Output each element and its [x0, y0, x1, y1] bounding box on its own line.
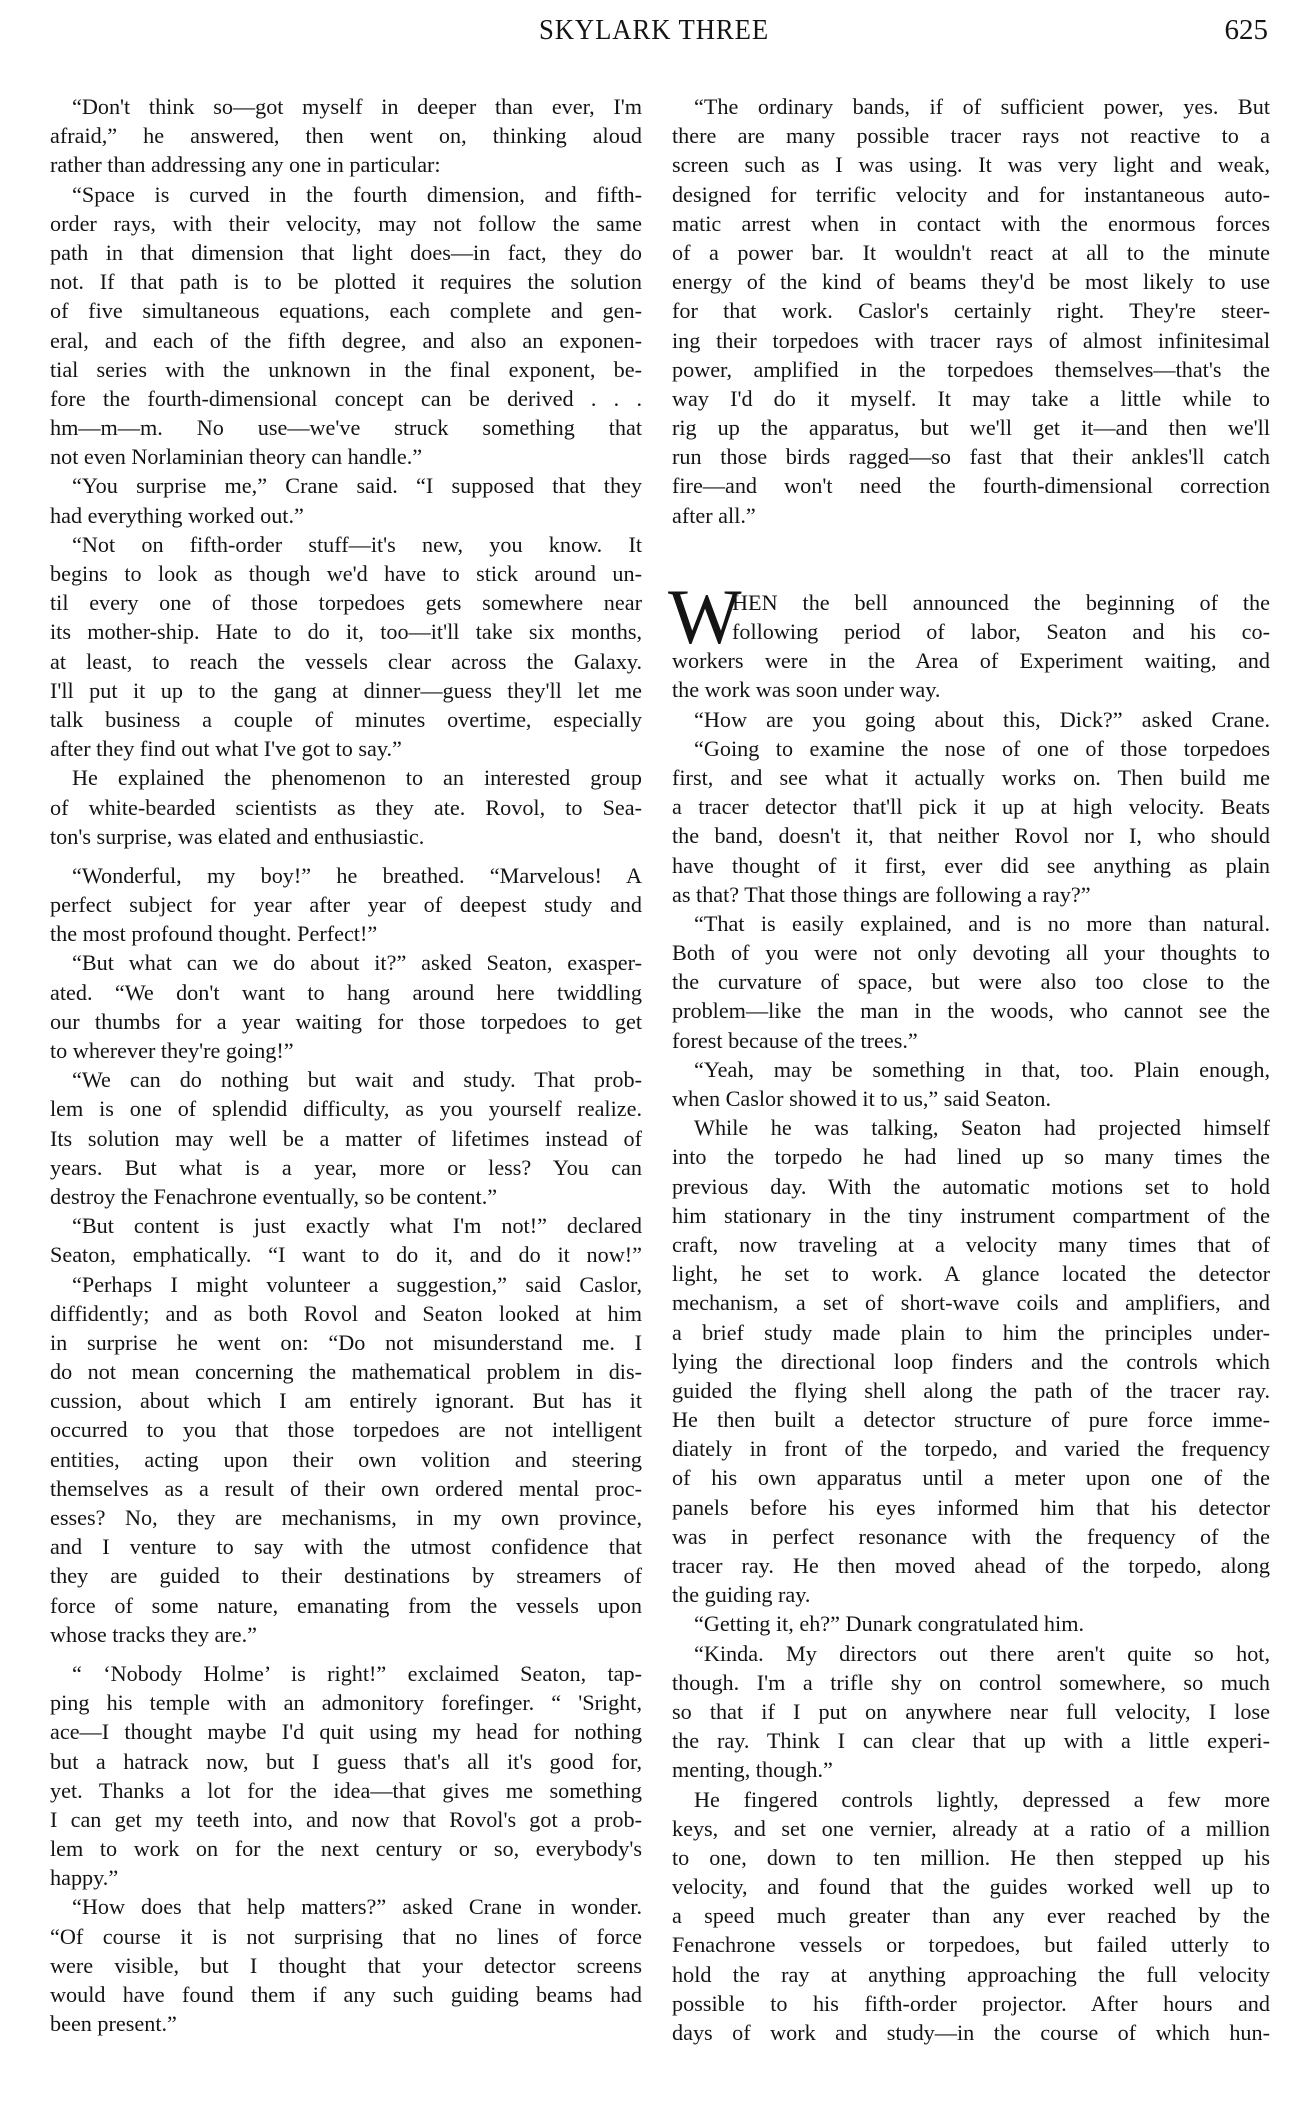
text-line: “Don't think so—got myself in deeper tha…	[50, 92, 642, 121]
text-line: diately in front of the torpedo, and var…	[672, 1434, 1270, 1463]
text-line: the most profound thought. Perfect!”	[50, 919, 642, 948]
text-line: do not mean concerning the mathematical …	[50, 1357, 642, 1386]
text-line: keys, and set one vernier, already at a …	[672, 1814, 1270, 1843]
section-break	[672, 530, 1270, 588]
text-line: whose tracks they are.”	[50, 1620, 642, 1649]
text-line: esses? No, they are mechanisms, in my ow…	[50, 1503, 642, 1532]
page-header: SKYLARK THREE 625	[0, 14, 1308, 54]
text-line: way I'd do it myself. It may take a litt…	[672, 384, 1270, 413]
text-line: to wherever they're going!”	[50, 1036, 642, 1065]
text-line: entities, acting upon their own volition…	[50, 1445, 642, 1474]
text-line: craft, now traveling at a velocity many …	[672, 1230, 1270, 1259]
text-line: lem to work on for the next century or s…	[50, 1834, 642, 1863]
text-line: Fenachrone vessels or torpedoes, but fai…	[672, 1930, 1270, 1959]
text-line: begins to look as though we'd have to st…	[50, 559, 642, 588]
text-line: til every one of those torpedoes gets so…	[50, 588, 642, 617]
text-line: mechanism, a set of short-wave coils and…	[672, 1288, 1270, 1317]
text-line: the work was soon under way.	[672, 675, 1270, 704]
text-line: order rays, with their velocity, may not…	[50, 209, 642, 238]
text-line: happy.”	[50, 1863, 642, 1892]
text-line: “Perhaps I might volunteer a suggestion,…	[50, 1270, 642, 1299]
text-line: the ray. Think I can clear that up with …	[672, 1726, 1270, 1755]
section-second-line: following period of labor, Seaton and hi…	[672, 617, 1270, 646]
text-line: velocity, and found that the guides work…	[672, 1872, 1270, 1901]
text-line: tial series with the unknown in the fina…	[50, 355, 642, 384]
text-line: would have found them if any such guidin…	[50, 1980, 642, 2009]
running-title: SKYLARK THREE	[52, 14, 1255, 47]
text-line: lem is one of splendid difficulty, as yo…	[50, 1094, 642, 1123]
text-line: “Getting it, eh?” Dunark congratulated h…	[672, 1609, 1270, 1638]
text-line: fore the fourth-dimensional concept can …	[50, 384, 642, 413]
text-line: as that? That those things are following…	[672, 880, 1270, 909]
text-line: “The ordinary bands, if of sufficient po…	[672, 92, 1270, 121]
text-line: designed for terrific velocity and for i…	[672, 180, 1270, 209]
text-line: and I venture to say with the utmost con…	[50, 1532, 642, 1561]
text-line: of five simultaneous equations, each com…	[50, 296, 642, 325]
text-line: talk business a couple of minutes overti…	[50, 705, 642, 734]
text-line: fire—and won't need the fourth-dimension…	[672, 471, 1270, 500]
text-line: hold the ray at anything approaching the…	[672, 1960, 1270, 1989]
text-line: the guiding ray.	[672, 1580, 1270, 1609]
text-line: “Of course it is not surprising that no …	[50, 1922, 642, 1951]
text-line: after all.”	[672, 501, 1270, 530]
right-column: “The ordinary bands, if of sufficient po…	[672, 92, 1270, 2047]
text-line: had everything worked out.”	[50, 501, 642, 530]
text-line: were visible, but I thought that your de…	[50, 1951, 642, 1980]
text-line: but a hatrack now, but I guess that's al…	[50, 1747, 642, 1776]
text-line: tracer ray. He then moved ahead of the t…	[672, 1551, 1270, 1580]
text-line: ton's surprise, was elated and enthusias…	[50, 822, 642, 851]
text-line: for that work. Caslor's certainly right.…	[672, 296, 1270, 325]
section-opening: W HEN the bell announced the beginning o…	[672, 588, 1270, 646]
text-line: the curvature of space, but were also to…	[672, 967, 1270, 996]
paragraph-gap	[50, 851, 642, 861]
text-line: its mother-ship. Hate to do it, too—it'l…	[50, 617, 642, 646]
text-line: was in perfect resonance with the freque…	[672, 1522, 1270, 1551]
text-line: of a power bar. It wouldn't react at all…	[672, 238, 1270, 267]
text-line: energy of the kind of beams they'd be mo…	[672, 267, 1270, 296]
text-line: in surprise he went on: “Do not misunder…	[50, 1328, 642, 1357]
text-line: rather than addressing any one in partic…	[50, 150, 642, 179]
text-line: Seaton, emphatically. “I want to do it, …	[50, 1240, 642, 1269]
text-line: I'll put it up to the gang at dinner—gue…	[50, 676, 642, 705]
text-line: I can get my teeth into, and now that Ro…	[50, 1805, 642, 1834]
text-line: a tracer detector that'll pick it up at …	[672, 792, 1270, 821]
text-line: “But content is just exactly what I'm no…	[50, 1211, 642, 1240]
text-line: yet. Thanks a lot for the idea—that give…	[50, 1776, 642, 1805]
text-line: guided the flying shell along the path o…	[672, 1376, 1270, 1405]
page-number: 625	[1225, 14, 1269, 47]
left-column: “Don't think so—got myself in deeper tha…	[50, 92, 642, 2038]
text-line: run those birds ragged—so fast that thei…	[672, 442, 1270, 471]
text-line: at least, to reach the vessels clear acr…	[50, 647, 642, 676]
text-line: hm—m—m. No use—we've struck something th…	[50, 413, 642, 442]
text-line: “You surprise me,” Crane said. “I suppos…	[50, 471, 642, 500]
text-line: a brief study made plain to him the prin…	[672, 1318, 1270, 1347]
text-line: He fingered controls lightly, depressed …	[672, 1785, 1270, 1814]
text-line: first, and see what it actually works on…	[672, 763, 1270, 792]
text-line: when Caslor showed it to us,” said Seato…	[672, 1084, 1270, 1113]
text-line: have thought of it first, ever did see a…	[672, 851, 1270, 880]
text-line: a speed much greater than any ever reach…	[672, 1901, 1270, 1930]
text-line: to one, down to ten million. He then ste…	[672, 1843, 1270, 1872]
text-line: cussion, about which I am entirely ignor…	[50, 1386, 642, 1415]
text-line: not. If that path is to be plotted it re…	[50, 267, 642, 296]
text-line: they are guided to their destinations by…	[50, 1561, 642, 1590]
text-line: rig up the apparatus, but we'll get it—a…	[672, 413, 1270, 442]
text-line: days of work and study—in the course of …	[672, 2018, 1270, 2047]
text-line: not even Norlaminian theory can handle.”	[50, 442, 642, 471]
text-line: “We can do nothing but wait and study. T…	[50, 1065, 642, 1094]
text-line: into the torpedo he had lined up so many…	[672, 1142, 1270, 1171]
text-line: the band, doesn't it, that neither Rovol…	[672, 821, 1270, 850]
text-line: perfect subject for year after year of d…	[50, 890, 642, 919]
text-line: matic arrest when in contact with the en…	[672, 209, 1270, 238]
text-line: “Kinda. My directors out there aren't qu…	[672, 1639, 1270, 1668]
text-line: though. I'm a trifle shy on control some…	[672, 1668, 1270, 1697]
text-line: destroy the Fenachrone eventually, so be…	[50, 1182, 642, 1211]
text-line: of white-bearded scientists as they ate.…	[50, 793, 642, 822]
text-line: forest because of the trees.”	[672, 1026, 1270, 1055]
right-column-before-break: “The ordinary bands, if of sufficient po…	[672, 92, 1270, 530]
text-line: him stationary in the tiny instrument co…	[672, 1201, 1270, 1230]
text-line: screen such as I was using. It was very …	[672, 150, 1270, 179]
text-line: “That is easily explained, and is no mor…	[672, 909, 1270, 938]
text-line: themselves as a result of their own orde…	[50, 1474, 642, 1503]
text-line: after they find out what I've got to say…	[50, 734, 642, 763]
text-line: light, he set to work. A glance located …	[672, 1259, 1270, 1288]
text-line: “Space is curved in the fourth dimension…	[50, 180, 642, 209]
text-line: eral, and each of the fifth degree, and …	[50, 326, 642, 355]
text-line: problem—like the man in the woods, who c…	[672, 996, 1270, 1025]
text-line: so that if I put on anywhere near full v…	[672, 1697, 1270, 1726]
right-column-after-break: workers were in the Area of Experiment w…	[672, 646, 1270, 2047]
text-line: “But what can we do about it?” asked Sea…	[50, 948, 642, 977]
text-line: possible to his fifth-order projector. A…	[672, 1989, 1270, 2018]
section-first-line: HEN the bell announced the beginning of …	[672, 588, 1270, 617]
text-line: occurred to you that those torpedoes are…	[50, 1415, 642, 1444]
text-line: Its solution may well be a matter of lif…	[50, 1124, 642, 1153]
text-line: diffidently; and as both Rovol and Seato…	[50, 1299, 642, 1328]
text-line: ated. “We don't want to hang around here…	[50, 978, 642, 1007]
text-line: Both of you were not only devoting all y…	[672, 938, 1270, 967]
text-line: ping his temple with an admonitory foref…	[50, 1688, 642, 1717]
text-line: workers were in the Area of Experiment w…	[672, 646, 1270, 675]
text-line: afraid,” he answered, then went on, thin…	[50, 121, 642, 150]
text-line: been present.”	[50, 2009, 642, 2038]
text-line: menting, though.”	[672, 1755, 1270, 1784]
text-line: there are many possible tracer rays not …	[672, 121, 1270, 150]
text-line: force of some nature, emanating from the…	[50, 1591, 642, 1620]
text-line: While he was talking, Seaton had project…	[672, 1113, 1270, 1142]
text-line: our thumbs for a year waiting for those …	[50, 1007, 642, 1036]
text-line: years. But what is a year, more or less?…	[50, 1153, 642, 1182]
text-line: ace—I thought maybe I'd quit using my he…	[50, 1717, 642, 1746]
text-line: He then built a detector structure of pu…	[672, 1405, 1270, 1434]
text-line: ing their torpedoes with tracer rays of …	[672, 326, 1270, 355]
text-line: lying the directional loop finders and t…	[672, 1347, 1270, 1376]
drop-cap: W	[668, 582, 742, 652]
text-line: of his own apparatus until a meter upon …	[672, 1463, 1270, 1492]
paragraph-gap	[50, 1649, 642, 1659]
text-line: “How does that help matters?” asked Cran…	[50, 1892, 642, 1921]
text-line: panels before his eyes informed him that…	[672, 1493, 1270, 1522]
text-line: “How are you going about this, Dick?” as…	[672, 705, 1270, 734]
text-line: “Not on fifth-order stuff—it's new, you …	[50, 530, 642, 559]
text-line: power, amplified in the torpedoes themse…	[672, 355, 1270, 384]
text-line: path in that dimension that light does—i…	[50, 238, 642, 267]
text-line: “ ‘Nobody Holme’ is right!” exclaimed Se…	[50, 1659, 642, 1688]
text-line: He explained the phenomenon to an intere…	[50, 763, 642, 792]
text-line: “Going to examine the nose of one of tho…	[672, 734, 1270, 763]
text-line: “Wonderful, my boy!” he breathed. “Marve…	[50, 861, 642, 890]
text-line: previous day. With the automatic motions…	[672, 1172, 1270, 1201]
text-line: “Yeah, may be something in that, too. Pl…	[672, 1055, 1270, 1084]
